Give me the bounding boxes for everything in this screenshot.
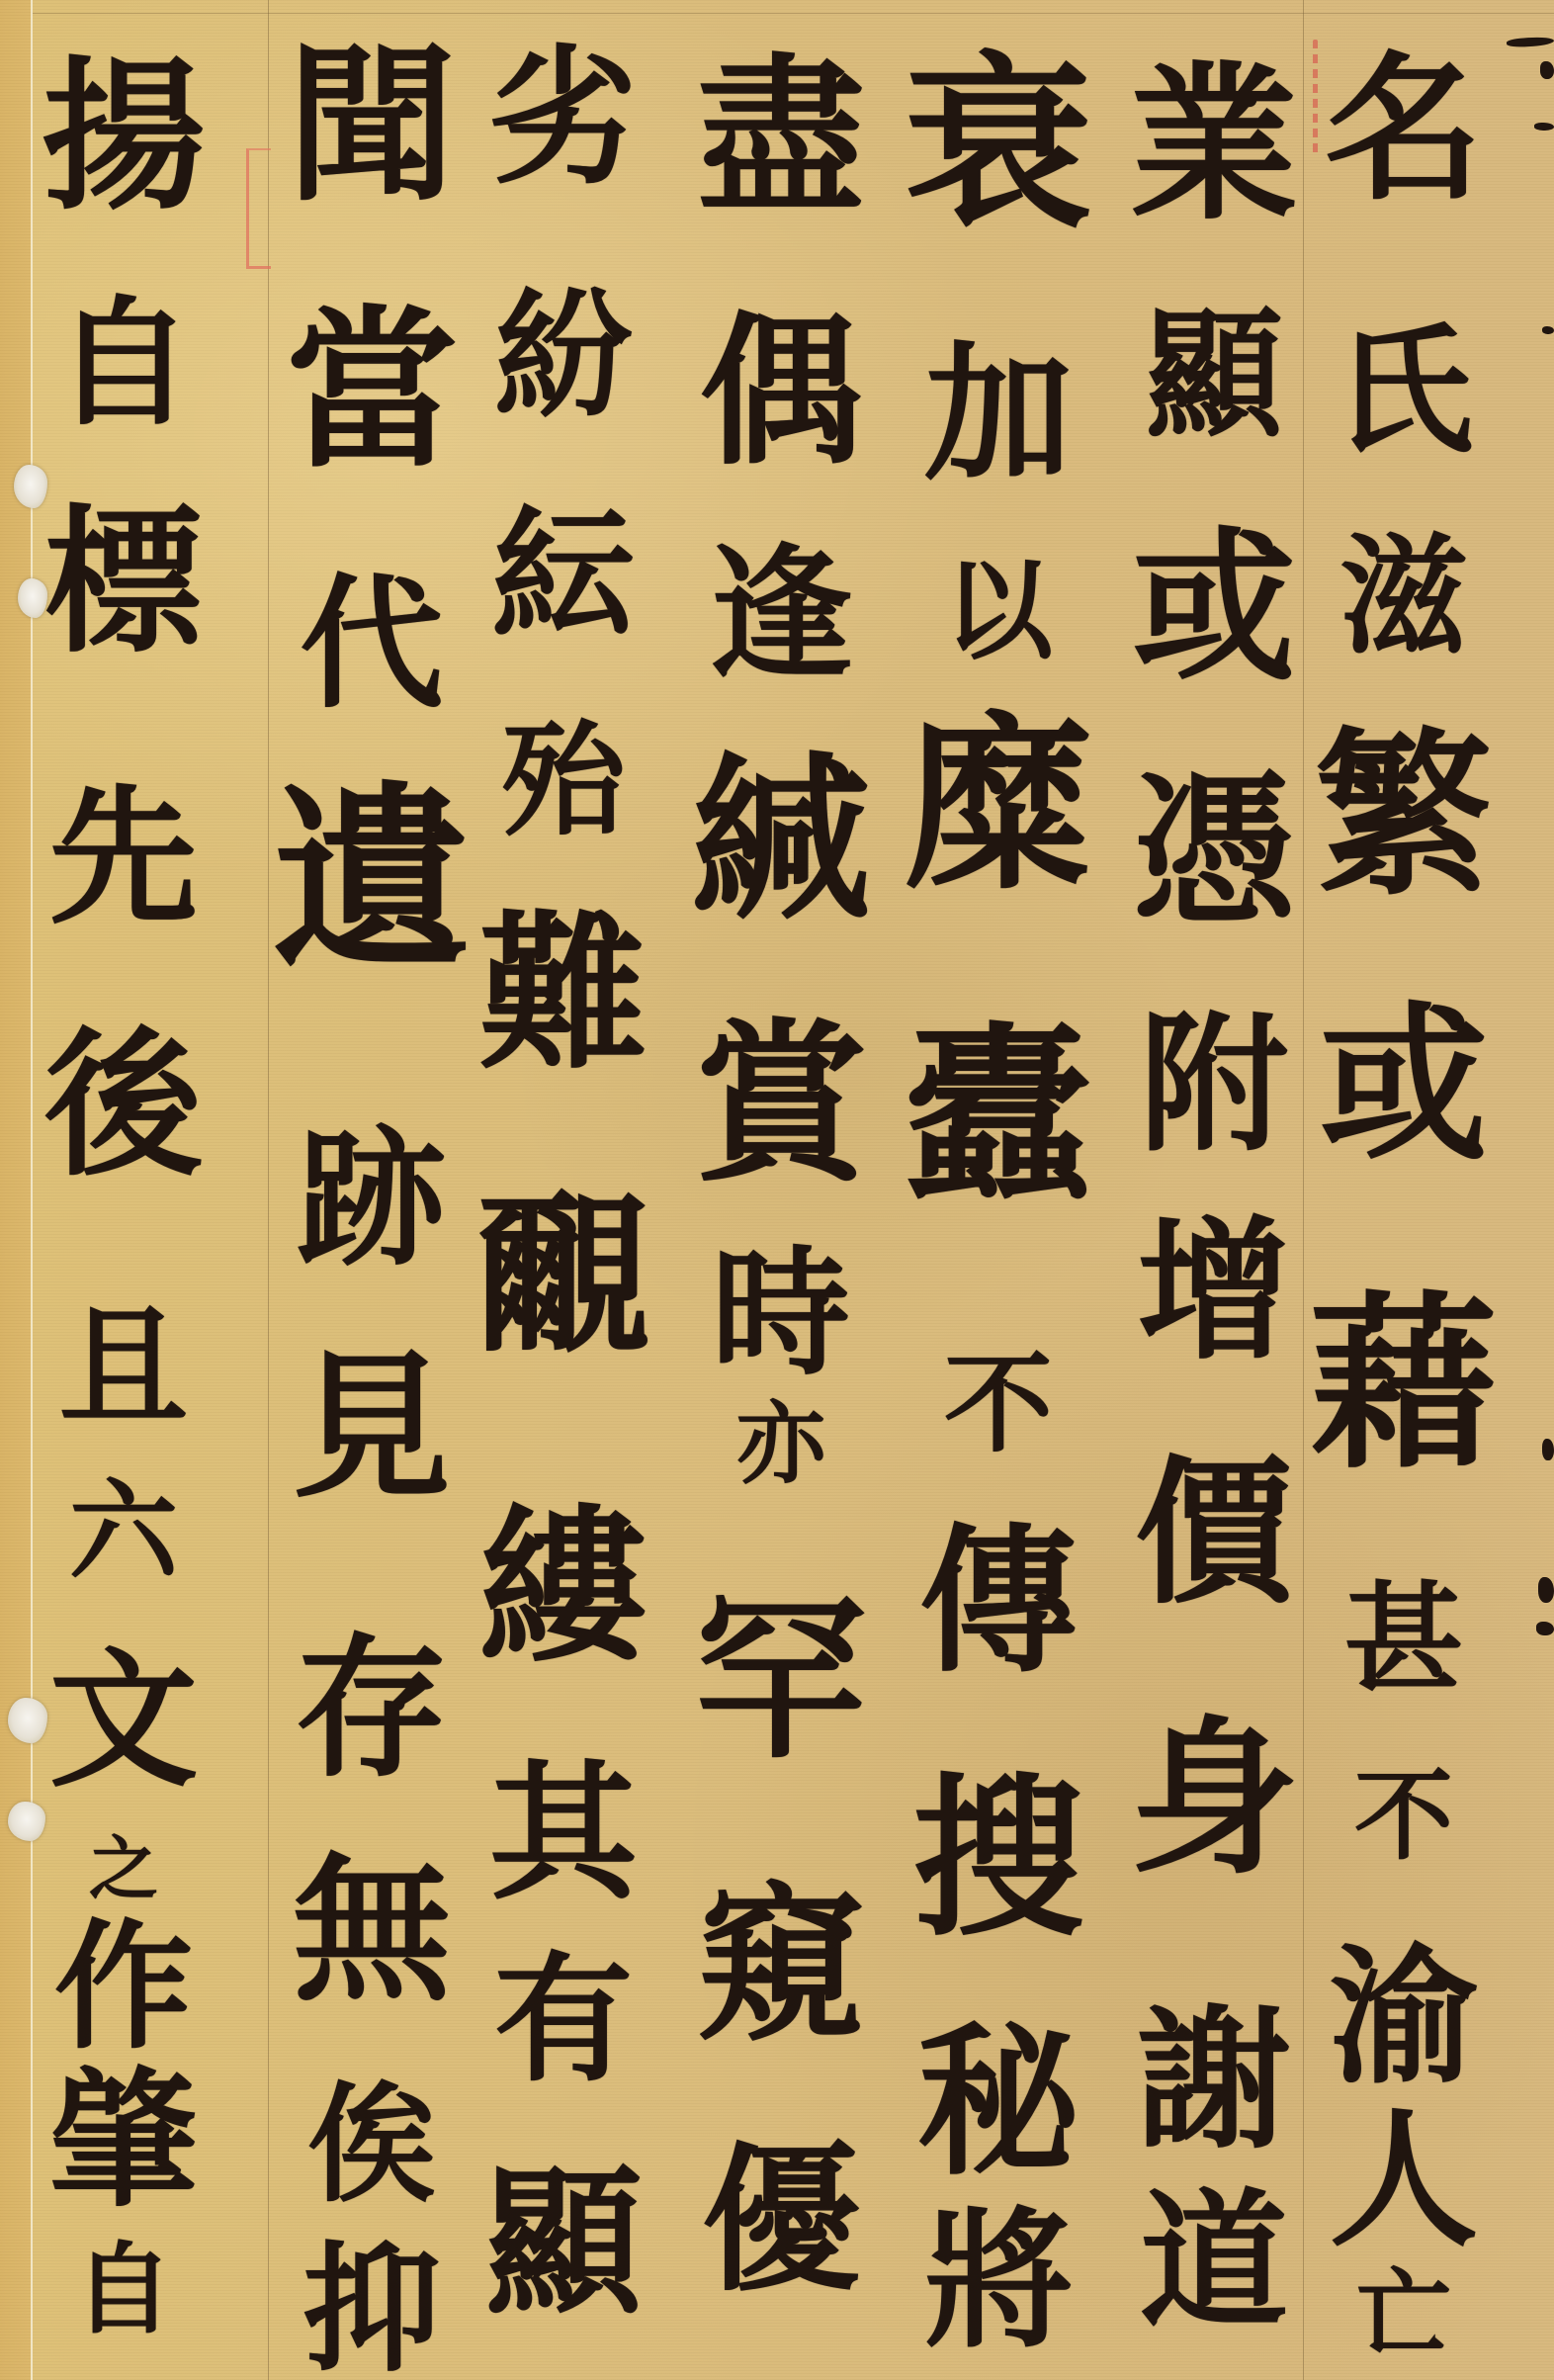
binding-hole (8, 1698, 47, 1743)
top-border-line (33, 13, 1554, 14)
calligraphy-character: 搜 (912, 1773, 1085, 1946)
calligraphy-character: 傳 (919, 1522, 1078, 1680)
calligraphy-character: 顯 (1145, 307, 1283, 445)
binding-hole (8, 1802, 45, 1841)
calligraphy-character: 賞 (695, 1018, 868, 1191)
calligraphy-character: 殆 (502, 720, 626, 843)
binding-hole (18, 578, 47, 618)
calligraphy-character: 業 (1130, 60, 1298, 228)
calligraphy-character: 六 (69, 1477, 178, 1586)
ink-fragment (1542, 326, 1554, 334)
calligraphy-character: 或 (1320, 1001, 1488, 1169)
ink-fragment (1538, 1577, 1554, 1603)
calligraphy-character: 衰 (905, 50, 1092, 238)
ink-fragment (1542, 1439, 1554, 1460)
calligraphy-character: 肇 (49, 2067, 198, 2215)
calligraphy-character: 抑 (302, 2241, 441, 2379)
calligraphy-character: 紛 (494, 288, 633, 426)
calligraphy-character: 標 (44, 502, 203, 661)
calligraphy-character: 見 (293, 1348, 451, 1506)
calligraphy-character: 盡 (697, 52, 865, 220)
calligraphy-character: 作 (54, 1918, 193, 2057)
calligraphy-scroll: 名 氏 滋 繁 或 藉 甚 不 渝 人 亡 業 顯 或 憑 附 增 價 身 謝 … (0, 0, 1554, 2380)
calligraphy-character: 藉 (1310, 1290, 1498, 1478)
calligraphy-character: 有 (494, 1951, 633, 2089)
calligraphy-character: 窺 (697, 1882, 865, 2050)
calligraphy-character: 縷 (479, 1503, 647, 1671)
calligraphy-character: 跡 (298, 1125, 446, 1274)
calligraphy-character: 且 (59, 1302, 188, 1431)
calligraphy-character: 甚 (1344, 1580, 1463, 1699)
calligraphy-character: 以 (944, 557, 1053, 665)
paper-seam (1303, 0, 1304, 2380)
calligraphy-character: 緘 (692, 750, 870, 928)
left-paper-seam (31, 0, 33, 2380)
calligraphy-character: 繁 (1315, 727, 1493, 905)
calligraphy-character: 聞 (288, 42, 456, 210)
binding-hole (14, 465, 47, 508)
calligraphy-character: 無 (293, 1851, 451, 2009)
calligraphy-character: 其 (489, 1759, 638, 1907)
calligraphy-character: 蠹 (905, 1021, 1092, 1209)
ink-fragment (1507, 36, 1554, 47)
calligraphy-character: 名 (1325, 49, 1483, 208)
ink-fragment (1540, 61, 1554, 79)
calligraphy-character: 文 (49, 1646, 198, 1795)
calligraphy-character: 人 (1330, 2106, 1478, 2254)
calligraphy-character: 遺 (273, 781, 471, 979)
calligraphy-character: 秘 (917, 2021, 1080, 2184)
paper-seam (268, 0, 269, 2380)
red-seal-mark (246, 148, 271, 269)
calligraphy-character: 揚 (43, 55, 206, 219)
calligraphy-character: 當 (286, 305, 459, 478)
calligraphy-character: 存 (296, 1631, 449, 1785)
calligraphy-character: 覼 (477, 1190, 650, 1363)
ink-fragment (1534, 123, 1554, 131)
calligraphy-character: 將 (924, 2207, 1073, 2355)
calligraphy-character: 先 (49, 783, 198, 931)
calligraphy-character: 紜 (492, 505, 636, 649)
calligraphy-character: 劣 (489, 44, 638, 192)
calligraphy-character: 加 (924, 340, 1073, 488)
calligraphy-character: 亡 (1356, 2267, 1450, 2361)
calligraphy-character: 身 (1130, 1715, 1298, 1883)
mounting-edge-strip (0, 0, 31, 2380)
calligraphy-character: 之 (89, 1834, 158, 1903)
calligraphy-character: 增 (1138, 1214, 1291, 1367)
calligraphy-character: 道 (1140, 2187, 1288, 2336)
calligraphy-character: 價 (1135, 1454, 1293, 1612)
calligraphy-character: 不 (1354, 1766, 1453, 1865)
calligraphy-character: 自 (74, 2240, 173, 2338)
calligraphy-character: 優 (702, 2141, 860, 2299)
calligraphy-character: 自 (54, 295, 193, 433)
ink-fragment (1536, 1622, 1554, 1635)
calligraphy-character: 滋 (1339, 532, 1468, 661)
calligraphy-character: 或 (1133, 526, 1296, 689)
calligraphy-character: 不 (944, 1350, 1053, 1458)
calligraphy-character: 渝 (1330, 1943, 1478, 2091)
calligraphy-character: 後 (44, 1025, 203, 1184)
calligraphy-character: 憑 (1133, 769, 1296, 932)
calligraphy-character: 氏 (1335, 322, 1473, 461)
calligraphy-character: 逢 (710, 544, 853, 687)
calligraphy-character: 罕 (695, 1595, 868, 1768)
calligraphy-character: 亦 (736, 1399, 825, 1488)
calligraphy-character: 代 (301, 573, 444, 717)
calligraphy-character: 謝 (1138, 2003, 1291, 2157)
calligraphy-character: 附 (1140, 1011, 1288, 1159)
calligraphy-character: 俟 (307, 2080, 436, 2209)
calligraphy-character: 糜 (905, 711, 1092, 899)
calligraphy-character: 顯 (484, 2163, 643, 2322)
calligraphy-character: 偶 (700, 310, 863, 474)
calligraphy-character: 時 (712, 1245, 850, 1383)
red-seal-mark (1313, 40, 1318, 158)
calligraphy-character: 難 (479, 910, 647, 1078)
